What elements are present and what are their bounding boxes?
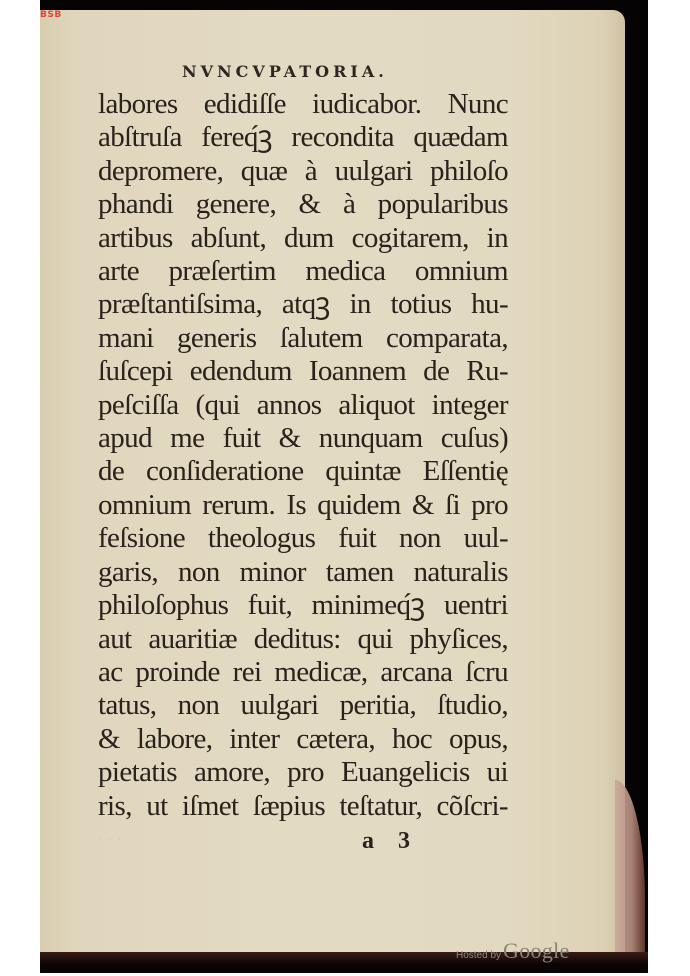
text-line: abſtruſa fereq́ꝫ recondita quædam: [98, 121, 508, 154]
text-line: apud me fuit & nunquam cuſus): [98, 422, 508, 455]
text-line: feſsione theologus fuit non uul-: [98, 522, 508, 555]
google-logo: Google: [503, 938, 570, 964]
text-line: aut auaritiæ deditus: qui phyſices,: [98, 623, 508, 656]
text-line: ris, ut iſmet ſæpius teſtatur, cõſcri-: [98, 790, 508, 823]
text-line: depromere, quæ à uulgari philoſo: [98, 155, 508, 188]
book-scan-viewer: BSB NVNCVPATORIA. labores edidiſſe iudic…: [0, 0, 690, 976]
text-line: garis, non minor tamen naturalis: [98, 556, 508, 589]
text-line: & labore, inter cætera, hoc opus,: [98, 723, 508, 756]
text-line: philoſophus fuit, minimeq́ꝫ uentri: [98, 589, 508, 622]
hosted-by-watermark: Hosted by Google: [456, 938, 570, 964]
body-text: labores edidiſſe iudicabor. Nunc abſtruſ…: [98, 88, 508, 823]
text-line: artibus abſunt, dum cogitarem, in: [98, 222, 508, 255]
text-line: arte præſertim medica omnium: [98, 255, 508, 288]
text-line: omnium rerum. Is quidem & ſi pro: [98, 489, 508, 522]
text-line: labores edidiſſe iudicabor. Nunc: [98, 88, 508, 121]
hosted-by-label: Hosted by: [456, 950, 501, 961]
text-line: pietatis amore, pro Euangelicis ui: [98, 756, 508, 789]
text-line: præſtantiſsima, atqꝫ in totius hu-: [98, 288, 508, 321]
text-line: ſuſcepi edendum Ioannem de Ru-: [98, 355, 508, 388]
text-line: peſciſſa (qui annos aliquot integer: [98, 389, 508, 422]
text-line: mani generis ſalutem comparata,: [98, 322, 508, 355]
library-mark: BSB: [40, 10, 62, 20]
running-head: NVNCVPATORIA.: [182, 62, 388, 81]
signature-mark: a 3: [362, 828, 410, 855]
text-line: ac proinde rei medicæ, arcana ſcru: [98, 656, 508, 689]
text-line: phandi genere, & à popularibus: [98, 188, 508, 221]
bleedthrough-mark: · · ·: [98, 832, 122, 850]
text-line: tatus, non uulgari peritia, ſtudio,: [98, 689, 508, 722]
page-edge: [615, 780, 645, 960]
text-line: de conſideratione quintæ Eſſentię: [98, 455, 508, 488]
